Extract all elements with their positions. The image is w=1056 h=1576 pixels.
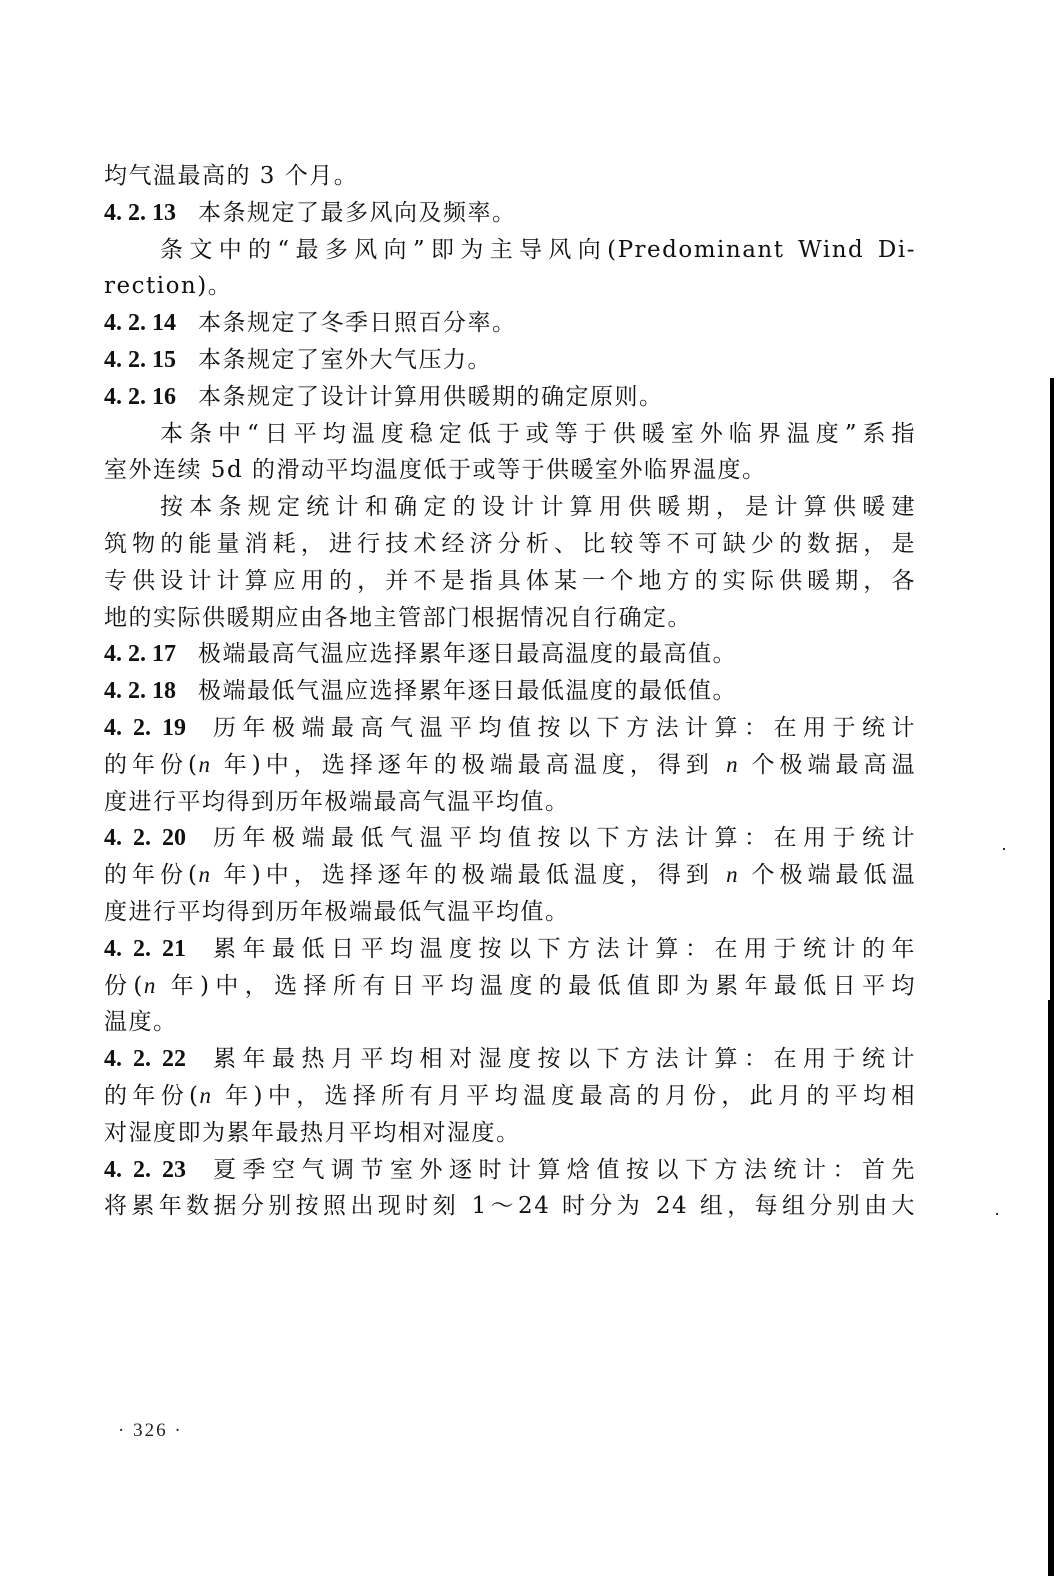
paragraph-line: 度进行平均得到历年极端最低气温平均值。 <box>104 894 916 931</box>
line-text: 极端最高气温应选择累年逐日最高温度的最高值。 <box>198 641 737 667</box>
paragraph-line: 的年份(n 年)中，选择逐年的极端最高温度，得到 n 个极端最高温 <box>104 747 916 784</box>
clause-number: 4. 2. 13 <box>104 200 176 226</box>
scan-speck <box>996 1213 998 1215</box>
line-text: 地的实际供暖期应由各地主管部门根据情况自行确定。 <box>104 605 692 631</box>
line-text: 将累年数据分别按照出现时刻 1～24 时分为 24 组，每组分别由大 <box>104 1193 916 1219</box>
variable-n: n <box>198 862 211 887</box>
line-text: 夏季空气调节室外逐时计算焓值按以下方法统计：首先 <box>208 1157 916 1183</box>
body-text: 均气温最高的 3 个月。4. 2. 13本条规定了最多风向及频率。条文中的“最多… <box>104 158 916 1225</box>
paragraph-line: 将累年数据分别按照出现时刻 1～24 时分为 24 组，每组分别由大 <box>104 1188 916 1225</box>
clause-line: 4. 2. 22累年最热月平均相对湿度按以下方法计算：在用于统计 <box>104 1041 916 1078</box>
line-text: 筑物的能量消耗，进行技术经济分析、比较等不可缺少的数据，是 <box>104 531 916 557</box>
paragraph-line: 室外连续 5d 的滑动平均温度低于或等于供暖室外临界温度。 <box>104 452 916 489</box>
variable-n: n <box>198 752 211 777</box>
line-text: 度进行平均得到历年极端最高气温平均值。 <box>104 789 570 815</box>
clause-number: 4. 2. 23 <box>104 1157 186 1183</box>
paragraph-line: 均气温最高的 3 个月。 <box>104 158 916 195</box>
paragraph-line: 对湿度即为累年最热月平均相对湿度。 <box>104 1115 916 1152</box>
paragraph-line: 筑物的能量消耗，进行技术经济分析、比较等不可缺少的数据，是 <box>104 526 916 563</box>
variable-n: n <box>726 862 739 887</box>
line-text: 温度。 <box>104 1009 178 1035</box>
clause-number: 4. 2. 19 <box>104 715 186 741</box>
clause-line: 4. 2. 16本条规定了设计计算用供暖期的确定原则。 <box>104 379 916 416</box>
line-text: 的年份(n 年)中，选择逐年的极端最高温度，得到 n 个极端最高温 <box>104 752 916 778</box>
variable-n: n <box>144 973 157 998</box>
line-text: 专供设计计算应用的，并不是指具体某一个地方的实际供暖期，各 <box>104 568 916 594</box>
paragraph-first-line: 本条中“日平均温度稳定低于或等于供暖室外临界温度”系指 <box>104 416 916 453</box>
variable-n: n <box>726 752 739 777</box>
clause-line: 4. 2. 23夏季空气调节室外逐时计算焓值按以下方法统计：首先 <box>104 1152 916 1189</box>
line-text: 极端最低气温应选择累年逐日最低温度的最低值。 <box>198 678 737 704</box>
paragraph-line: 的年份(n 年)中，选择所有月平均温度最高的月份，此月的平均相 <box>104 1078 916 1115</box>
clause-line: 4. 2. 13本条规定了最多风向及频率。 <box>104 195 916 232</box>
clause-line: 4. 2. 17极端最高气温应选择累年逐日最高温度的最高值。 <box>104 636 916 673</box>
line-text: 本条中“日平均温度稳定低于或等于供暖室外临界温度”系指 <box>160 421 916 447</box>
line-text: 累年最低日平均温度按以下方法计算：在用于统计的年 <box>208 936 916 962</box>
line-text: 的年份(n 年)中，选择逐年的极端最低温度，得到 n 个极端最低温 <box>104 862 916 888</box>
line-text: 份(n 年)中，选择所有日平均温度的最低值即为累年最低日平均 <box>104 973 916 999</box>
line-text: 室外连续 5d 的滑动平均温度低于或等于供暖室外临界温度。 <box>104 457 766 483</box>
clause-line: 4. 2. 19历年极端最高气温平均值按以下方法计算：在用于统计 <box>104 710 916 747</box>
line-text: 按本条规定统计和确定的设计计算用供暖期，是计算供暖建 <box>160 494 916 520</box>
paragraph-line: 的年份(n 年)中，选择逐年的极端最低温度，得到 n 个极端最低温 <box>104 857 916 894</box>
document-page: 均气温最高的 3 个月。4. 2. 13本条规定了最多风向及频率。条文中的“最多… <box>0 0 1056 1576</box>
line-text: rection)。 <box>104 273 232 299</box>
clause-line: 4. 2. 15本条规定了室外大气压力。 <box>104 342 916 379</box>
paragraph-line: 专供设计计算应用的，并不是指具体某一个地方的实际供暖期，各 <box>104 563 916 600</box>
clause-line: 4. 2. 20历年极端最低气温平均值按以下方法计算：在用于统计 <box>104 820 916 857</box>
paragraph-first-line: 条文中的“最多风向”即为主导风向(Predominant Wind Di- <box>104 232 916 269</box>
line-text: 本条规定了室外大气压力。 <box>198 347 492 373</box>
clause-number: 4. 2. 20 <box>104 825 186 851</box>
line-text: 的年份(n 年)中，选择所有月平均温度最高的月份，此月的平均相 <box>104 1083 916 1109</box>
line-text: 本条规定了最多风向及频率。 <box>198 200 517 226</box>
line-text: 历年极端最高气温平均值按以下方法计算：在用于统计 <box>208 715 916 741</box>
clause-line: 4. 2. 14本条规定了冬季日照百分率。 <box>104 305 916 342</box>
line-text: 度进行平均得到历年极端最低气温平均值。 <box>104 899 570 925</box>
paragraph-line: 温度。 <box>104 1004 916 1041</box>
clause-number: 4. 2. 22 <box>104 1046 186 1072</box>
clause-number: 4. 2. 16 <box>104 384 176 410</box>
paragraph-line: 地的实际供暖期应由各地主管部门根据情况自行确定。 <box>104 600 916 637</box>
clause-number: 4. 2. 18 <box>104 678 176 704</box>
variable-n: n <box>200 1083 213 1108</box>
scan-edge-shadow-lower <box>1048 1000 1054 1576</box>
clause-line: 4. 2. 18极端最低气温应选择累年逐日最低温度的最低值。 <box>104 673 916 710</box>
clause-number: 4. 2. 15 <box>104 347 176 373</box>
clause-number: 4. 2. 17 <box>104 641 176 667</box>
line-text: 条文中的“最多风向”即为主导风向(Predominant Wind Di- <box>160 237 916 263</box>
scan-speck <box>1003 848 1005 850</box>
paragraph-line: rection)。 <box>104 268 916 305</box>
paragraph-line: 度进行平均得到历年极端最高气温平均值。 <box>104 784 916 821</box>
paragraph-first-line: 按本条规定统计和确定的设计计算用供暖期，是计算供暖建 <box>104 489 916 526</box>
line-text: 历年极端最低气温平均值按以下方法计算：在用于统计 <box>208 825 916 851</box>
line-text: 本条规定了设计计算用供暖期的确定原则。 <box>198 384 664 410</box>
line-text: 对湿度即为累年最热月平均相对湿度。 <box>104 1120 521 1146</box>
paragraph-line: 份(n 年)中，选择所有日平均温度的最低值即为累年最低日平均 <box>104 968 916 1005</box>
line-text: 本条规定了冬季日照百分率。 <box>198 310 517 336</box>
clause-number: 4. 2. 14 <box>104 310 176 336</box>
line-text: 均气温最高的 3 个月。 <box>104 163 358 189</box>
clause-line: 4. 2. 21累年最低日平均温度按以下方法计算：在用于统计的年 <box>104 931 916 968</box>
line-text: 累年最热月平均相对湿度按以下方法计算：在用于统计 <box>208 1046 916 1072</box>
clause-number: 4. 2. 21 <box>104 936 186 962</box>
page-number: · 326 · <box>118 1420 183 1442</box>
